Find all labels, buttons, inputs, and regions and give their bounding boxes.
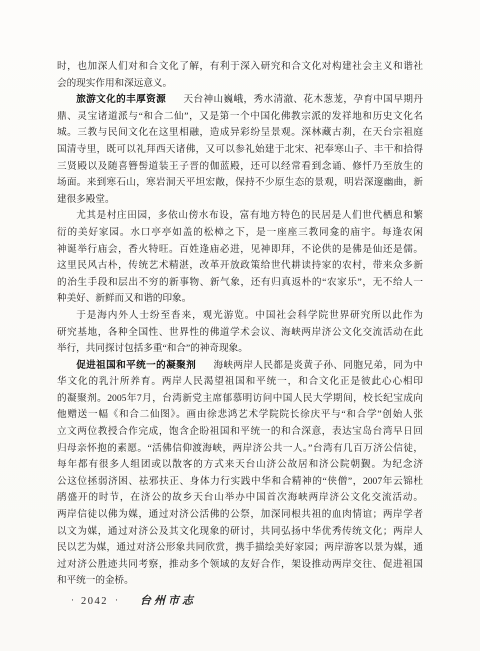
paragraph: 于是海内外人士纷至沓来，观光游览。中国社会科学院世界研究所以此作为研究基地，各种…: [57, 308, 423, 358]
text-line: 过对济公胜迹共同考察，推动多个领域的友好合作，架设推动两岸交往、促进祖国: [57, 557, 423, 574]
text-line: 于是海内外人士纷至沓来，观光游览。中国社会科学院世界研究所以此作为: [57, 308, 423, 325]
text-line: 神诞举行庙会，香火特旺。百姓逢庙必进，见神即拜，不论供的是佛是仙还是儒。: [57, 242, 423, 259]
section-heading: 促进祖国和平统一的凝聚剂: [76, 360, 196, 371]
text-line: 公这位拯弱济困、祛邪扶正、身体力行实践中华和合精神的“侠僧”，2007年云锦杜: [57, 474, 423, 491]
text-line: 促进祖国和平统一的凝聚剂海峡两岸人民都是炎黄子孙、同胞兄弟，同为中: [57, 358, 423, 375]
text-line: 建很多殿堂。: [57, 192, 423, 209]
text-line: 他赠送一幅《和合二仙图》。画由徐悲鸿艺术学院院长徐庆平与“和合学”创始人张: [57, 407, 423, 424]
page-footer: ·2042·台州市志: [57, 592, 423, 608]
text-line: 的治生手段和层出不穷的新事物、新气象，还有归真返朴的“农家乐”，无不给人一: [57, 275, 423, 292]
paragraph: 时，也加深人们对和合文化了解，有利于深入研究和合文化对构建社会主义和谐社会的现实…: [57, 59, 423, 92]
page-number: 2042: [81, 594, 108, 610]
text-line: 归母亲怀抱的素愿。“活佛信仰渡海峡，两岸济公共一人。”台湾有几百万济公信徒，: [57, 441, 423, 458]
text-line: 两岸信徒以佛为媒，通过对济公活佛的公祭，加深同根共祖的血肉情谊；两岸学者: [57, 507, 423, 524]
text-line: 立文两位教授合作完成，饱含企盼祖国和平统一的和合深意，表达宝岛台湾早日回: [57, 424, 423, 441]
separator-dot-right: ·: [115, 592, 118, 608]
text-line: 会的现实作用和深远意义。: [57, 76, 423, 93]
text-block: 时，也加深人们对和合文化了解，有利于深入研究和合文化对构建社会主义和谐社会的现实…: [57, 59, 423, 590]
text-line: 国清寺里，既可以礼拜西天诸佛，又可以参礼始建于北宋、祀奉寒山子、丰干和拾得: [57, 142, 423, 159]
text-line: 每年都有很多人组团或以散客的方式来天台山济公故居和济公院朝觐。为纪念济: [57, 457, 423, 474]
separator-dot-left: ·: [71, 592, 74, 608]
text-line: 城。三教与民间文化在这里相融，造成异彩纷呈景观。深林藏古刹，在天台宗祖庭: [57, 125, 423, 142]
text-line: 场面。来到寒石山，寒岩洞天平坦宏敞，保持不少原生态的景观，明岩深邃幽曲，新: [57, 175, 423, 192]
scanned-book-page: 时，也加深人们对和合文化了解，有利于深入研究和合文化对构建社会主义和谐社会的现实…: [0, 0, 480, 651]
text-line: 时，也加深人们对和合文化了解，有利于深入研究和合文化对构建社会主义和谐社: [57, 59, 423, 76]
text-line: 这里民风古朴，传统艺术精湛，改革开放政策给世代耕读持家的农村，带来众多新: [57, 258, 423, 275]
paragraph: 旅游文化的丰厚资源天台神山巍峨，秀水清澈、花木葱茏，孕育中国早期丹鼎、灵宝诸道派…: [57, 92, 423, 208]
text-line: 鼎、灵宝诸道派与“和合二仙”，又是第一个中国化佛教宗派的发祥地和历史文化名: [57, 109, 423, 126]
text-line: 民以艺为媒，通过对济公形象共同欣赏，携手描绘美好家园；两岸游客以景为媒，通: [57, 540, 423, 557]
text-line: 华文化的乳汁所养育。两岸人民渴望祖国和平统一，和合文化正是彼此心心相印: [57, 374, 423, 391]
paragraph: 促进祖国和平统一的凝聚剂海峡两岸人民都是炎黄子孙、同胞兄弟，同为中华文化的乳汁所…: [57, 358, 423, 590]
text-line: 三贤殿以及随喜簪髻道装王子晋的伽蓝殿，还可以经常看到念诵、修忏乃至放生的: [57, 159, 423, 176]
section-heading: 旅游文化的丰厚资源: [76, 94, 166, 105]
text-line: 衍的美好家园。水口亭亭如盖的松樟之下，是一座座三教同龛的庙宇。每逢农闲: [57, 225, 423, 242]
paragraph: 尤其是村庄田园，多依山傍水布设，富有地方特色的民居是人们世代栖息和繁衍的美好家园…: [57, 208, 423, 308]
book-title: 台州市志: [140, 593, 196, 609]
text-line: 尤其是村庄田园，多依山傍水布设，富有地方特色的民居是人们世代栖息和繁: [57, 208, 423, 225]
text-line: 和平统一的金桥。: [57, 573, 423, 590]
text-line: 的凝聚剂。2005年7月，台湾新党主席郁慕明访问中国人民大学期间，校长纪宝成向: [57, 391, 423, 408]
text-line: 研究基地，各种全国性、世界性的佛道学术会议、海峡两岸济公文化交流活动在此: [57, 325, 423, 342]
text-line: 鹃盛开的时节，在济公的故乡天台山举办中国首次海峡两岸济公文化交流活动。: [57, 490, 423, 507]
text-line: 旅游文化的丰厚资源天台神山巍峨，秀水清澈、花木葱茏，孕育中国早期丹: [57, 92, 423, 109]
text-line: 种美好、新鲜而又和谐的印象。: [57, 291, 423, 308]
text-line: 以文为媒，通过对济公及其文化现象的研讨，共同弘扬中华优秀传统文化；两岸人: [57, 524, 423, 541]
text-line: 举行，共同探讨包括多重“和合”的神奇现象。: [57, 341, 423, 358]
